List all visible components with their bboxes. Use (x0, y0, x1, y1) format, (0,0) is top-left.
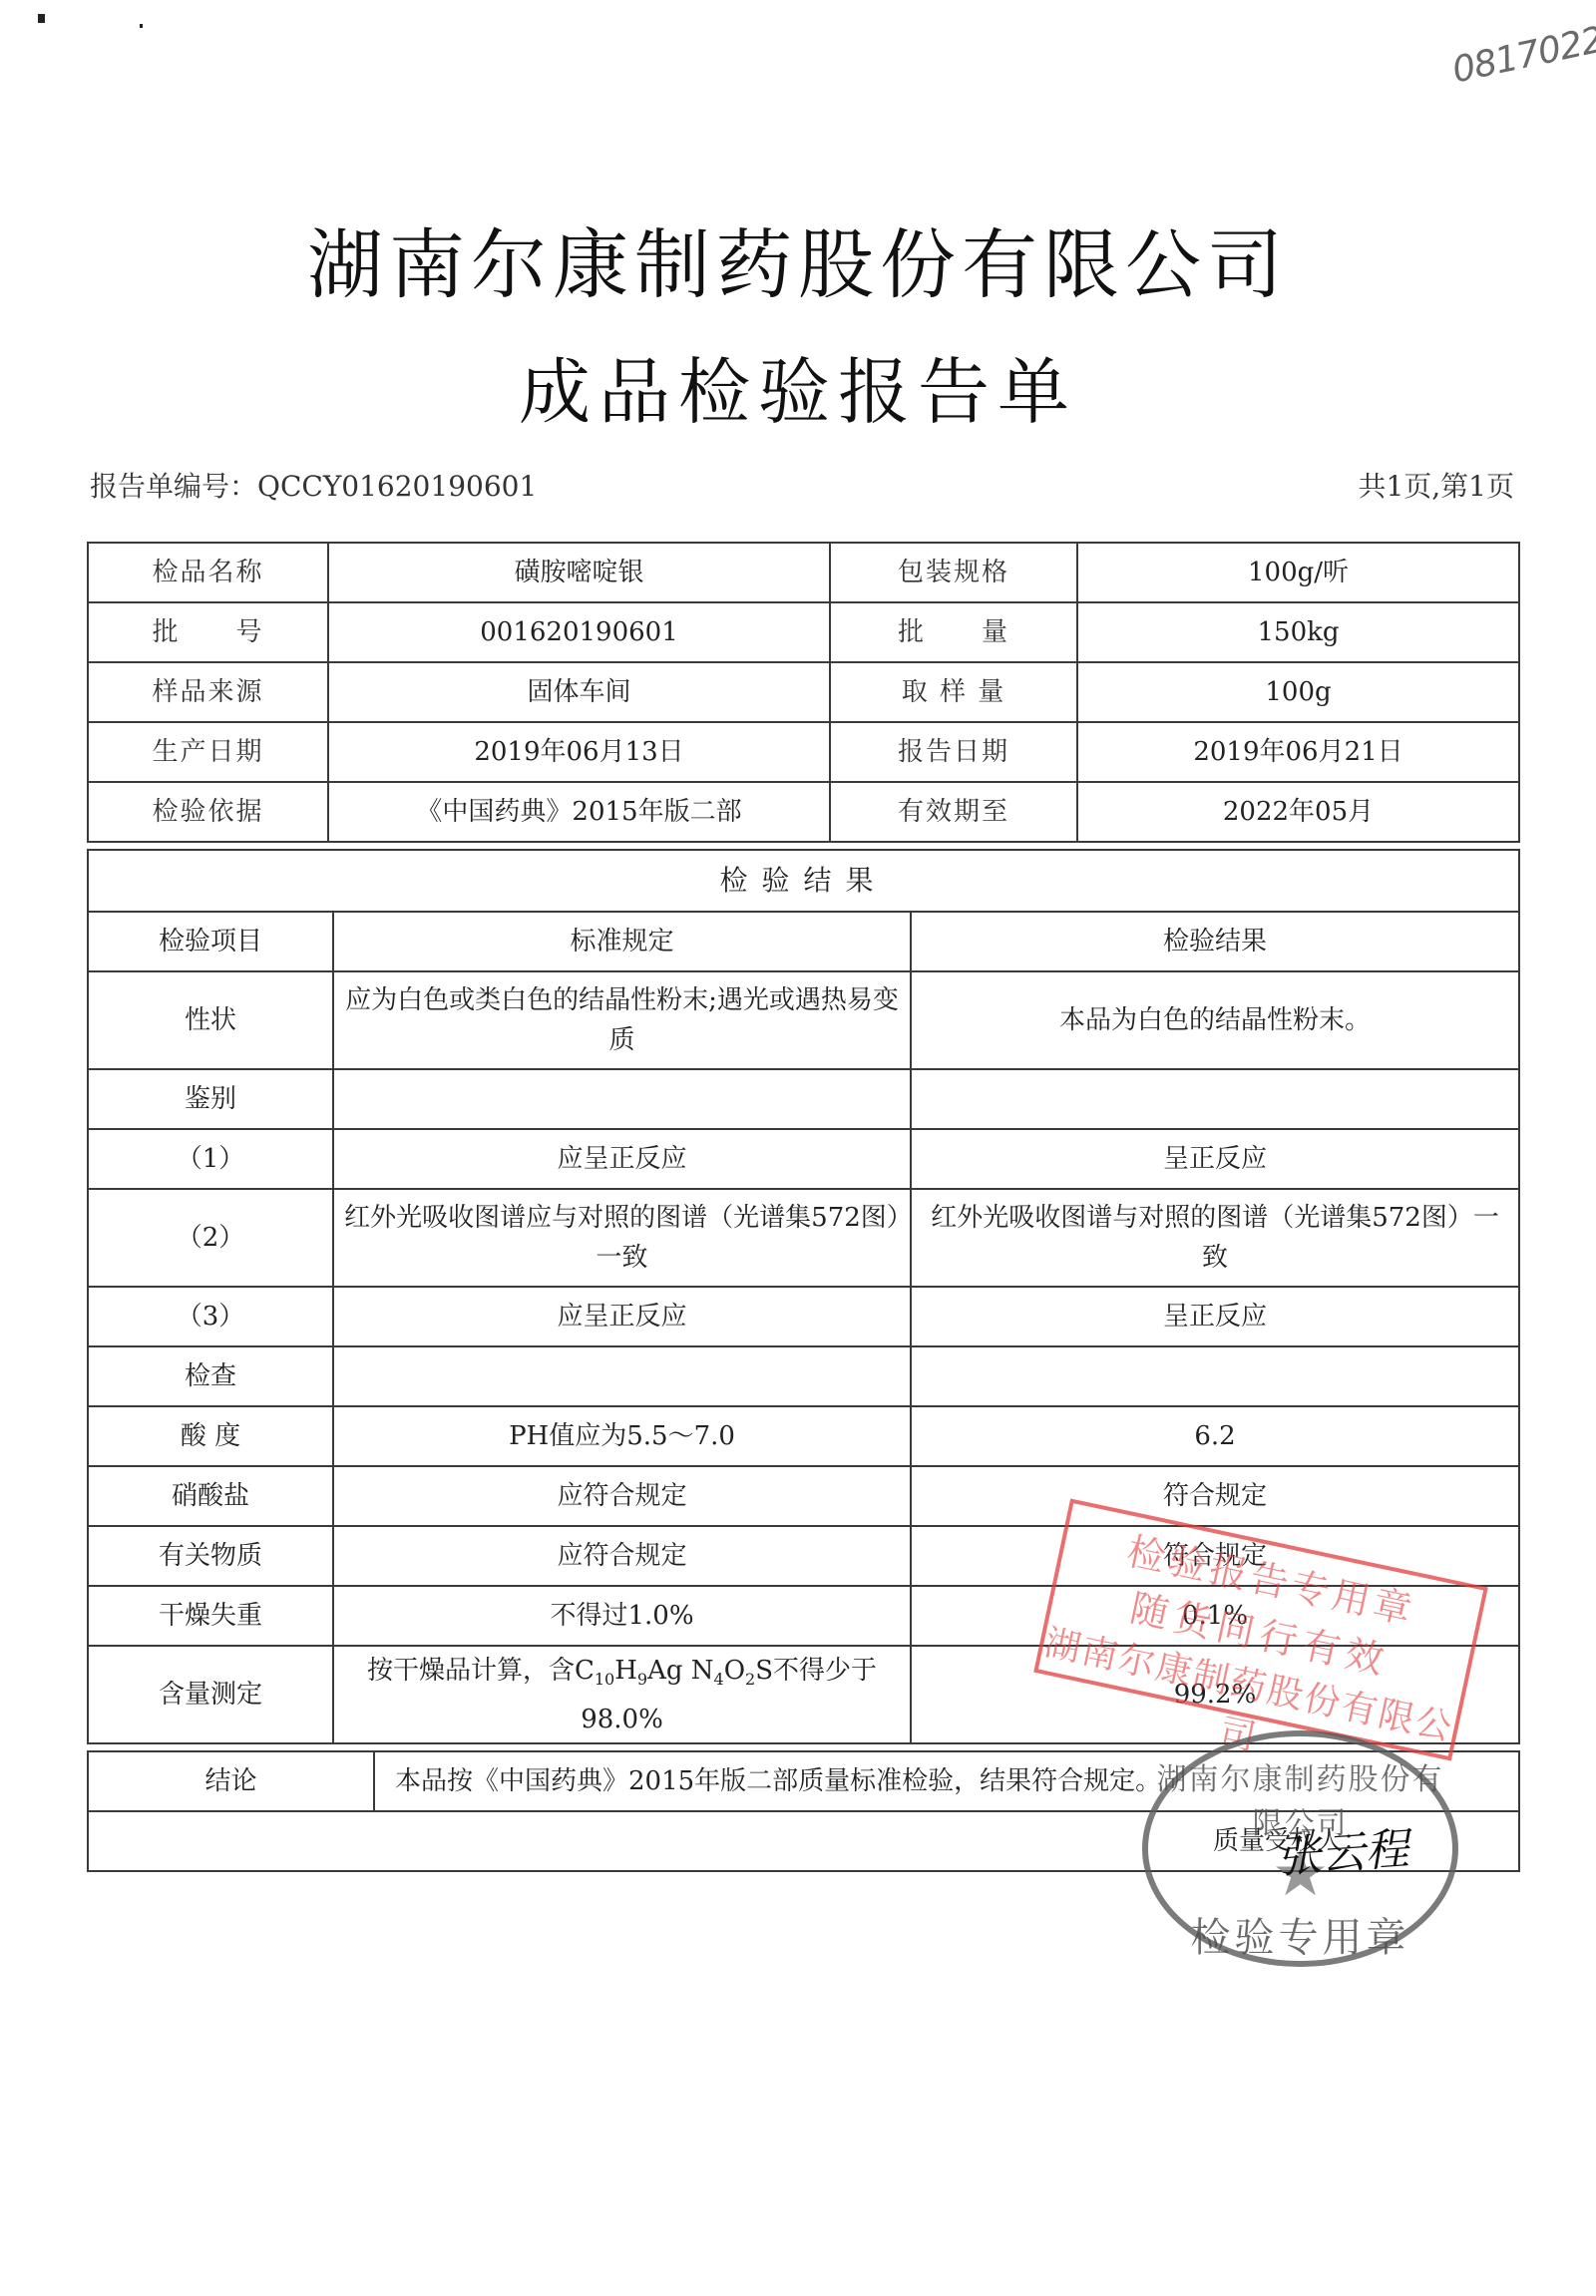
table-row: 生产日期 2019年06月13日 报告日期 2019年06月21日 (88, 722, 1519, 782)
report-number: 报告单编号：QCCY01620190601 (90, 465, 537, 505)
batch-no: 001620190601 (328, 602, 830, 662)
standard-cell: 应呈正反应 (333, 1287, 911, 1346)
item-cell: （1） (88, 1129, 333, 1189)
formula-sub: 2 (745, 1670, 755, 1689)
report-date: 2019年06月21日 (1077, 722, 1519, 782)
product-name: 磺胺嘧啶银 (328, 543, 830, 602)
result-cell: 符合规定 (911, 1466, 1519, 1526)
item-cell: （2） (88, 1189, 333, 1287)
product-info-table: 检品名称 磺胺嘧啶银 包装规格 100g/听 批 号 001620190601 … (87, 542, 1520, 843)
scan-speck (140, 24, 143, 28)
batch-no-label: 批 号 (88, 602, 328, 662)
table-row: （3） 应呈正反应 呈正反应 (88, 1287, 1519, 1346)
formula-h: H (614, 1656, 637, 1686)
results-table: 检验结果 检验项目 标准规定 检验结果 性状 应为白色或类白色的结晶性粉末;遇光… (87, 849, 1520, 1744)
standard-cell: 应为白色或类白色的结晶性粉末;遇光或遇热易变质 (333, 971, 911, 1069)
table-row: 批 号 001620190601 批 量 150kg (88, 602, 1519, 662)
standard-cell (333, 1346, 911, 1406)
formula-sub: 10 (595, 1670, 614, 1689)
sample-source-label: 样品来源 (88, 662, 328, 722)
item-cell: 性状 (88, 971, 333, 1069)
table-row: 性状 应为白色或类白色的结晶性粉末;遇光或遇热易变质 本品为白色的结晶性粉末。 (88, 971, 1519, 1069)
table-row: 酸 度 PH值应为5.5～7.0 6.2 (88, 1406, 1519, 1466)
standard-cell (333, 1069, 911, 1129)
standard-cell: 红外光吸收图谱应与对照的图谱（光谱集572图）一致 (333, 1189, 911, 1287)
conclusion-label: 结论 (88, 1751, 374, 1811)
result-cell: 99.2% (911, 1646, 1519, 1743)
handwritten-note: 0817022 (1448, 20, 1596, 92)
formula-s: S (755, 1656, 773, 1686)
table-row: 硝酸盐 应符合规定 符合规定 (88, 1466, 1519, 1526)
production-date-label: 生产日期 (88, 722, 328, 782)
column-header-result: 检验结果 (911, 912, 1519, 971)
formula-sub: 9 (637, 1670, 647, 1689)
result-cell: 0.1% (911, 1586, 1519, 1646)
formula-c: C (575, 1656, 595, 1686)
result-cell: 呈正反应 (911, 1129, 1519, 1189)
pagination: 共1页,第1页 (1358, 465, 1514, 505)
table-row: 检查 (88, 1346, 1519, 1406)
item-cell: 含量测定 (88, 1646, 333, 1743)
table-row: （2） 红外光吸收图谱应与对照的图谱（光谱集572图）一致 红外光吸收图谱与对照… (88, 1189, 1519, 1287)
result-cell: 呈正反应 (911, 1287, 1519, 1346)
report-title: 成品检验报告单 (0, 334, 1596, 438)
standard-cell: PH值应为5.5～7.0 (333, 1406, 911, 1466)
header-row: 检验项目 标准规定 检验结果 (88, 912, 1519, 971)
item-cell: 鉴别 (88, 1069, 333, 1129)
result-cell (911, 1069, 1519, 1129)
production-date: 2019年06月13日 (328, 722, 830, 782)
result-cell (911, 1346, 1519, 1406)
standard-cell: 应符合规定 (333, 1526, 911, 1586)
table-row: （1） 应呈正反应 呈正反应 (88, 1129, 1519, 1189)
item-cell: 干燥失重 (88, 1586, 333, 1646)
scan-speck (38, 14, 45, 23)
item-cell: 有关物质 (88, 1526, 333, 1586)
formula-o: O (724, 1656, 745, 1686)
item-cell: （3） (88, 1287, 333, 1346)
report-number-value: QCCY01620190601 (257, 470, 537, 503)
report-number-label: 报告单编号： (90, 470, 257, 503)
report-date-label: 报告日期 (830, 722, 1077, 782)
item-cell: 检查 (88, 1346, 333, 1406)
stamp-bottom-text: 检验专用章 (1148, 1906, 1452, 1963)
column-header-item: 检验项目 (88, 912, 333, 971)
standard-cell: 应呈正反应 (333, 1129, 911, 1189)
item-cell: 酸 度 (88, 1406, 333, 1466)
expiry-label: 有效期至 (830, 782, 1077, 842)
section-row: 检验结果 (88, 850, 1519, 912)
formula-sub: 4 (714, 1670, 724, 1689)
conclusion-text: 本品按《中国药典》2015年版二部质量标准检验，结果符合规定。 (374, 1751, 1519, 1811)
basis-label: 检验依据 (88, 782, 328, 842)
result-cell: 红外光吸收图谱与对照的图谱（光谱集572图）一致 (911, 1189, 1519, 1287)
standard-cell: 不得过1.0% (333, 1586, 911, 1646)
handwritten-signature: 张云程 (1275, 1812, 1410, 1885)
batch-qty-label: 批 量 (830, 602, 1077, 662)
table-row: 检验依据 《中国药典》2015年版二部 有效期至 2022年05月 (88, 782, 1519, 842)
result-cell: 本品为白色的结晶性粉末。 (911, 971, 1519, 1069)
section-title: 检验结果 (88, 850, 1519, 912)
package-spec-label: 包装规格 (830, 543, 1077, 602)
sample-qty-label: 取 样 量 (830, 662, 1077, 722)
table-row: 有关物质 应符合规定 符合规定 (88, 1526, 1519, 1586)
basis: 《中国药典》2015年版二部 (328, 782, 830, 842)
expiry: 2022年05月 (1077, 782, 1519, 842)
sample-source: 固体车间 (328, 662, 830, 722)
standard-cell: 应符合规定 (333, 1466, 911, 1526)
table-row: 含量测定 按干燥品计算，含C10H9Ag N4O2S不得少于98.0% 99.2… (88, 1646, 1519, 1743)
table-row: 检品名称 磺胺嘧啶银 包装规格 100g/听 (88, 543, 1519, 602)
product-name-label: 检品名称 (88, 543, 328, 602)
standard-prefix: 按干燥品计算，含 (367, 1656, 575, 1686)
column-header-standard: 标准规定 (333, 912, 911, 971)
item-cell: 硝酸盐 (88, 1466, 333, 1526)
table-row: 干燥失重 不得过1.0% 0.1% (88, 1586, 1519, 1646)
sample-qty: 100g (1077, 662, 1519, 722)
result-cell: 6.2 (911, 1406, 1519, 1466)
company-name: 湖南尔康制药股份有限公司 (0, 204, 1596, 313)
conclusion-row: 结论 本品按《中国药典》2015年版二部质量标准检验，结果符合规定。 (88, 1751, 1519, 1811)
table-row: 样品来源 固体车间 取 样 量 100g (88, 662, 1519, 722)
formula-agn: Ag N (647, 1656, 713, 1686)
package-spec: 100g/听 (1077, 543, 1519, 602)
batch-qty: 150kg (1077, 602, 1519, 662)
result-cell: 符合规定 (911, 1526, 1519, 1586)
standard-cell: 按干燥品计算，含C10H9Ag N4O2S不得少于98.0% (333, 1646, 911, 1743)
table-row: 鉴别 (88, 1069, 1519, 1129)
